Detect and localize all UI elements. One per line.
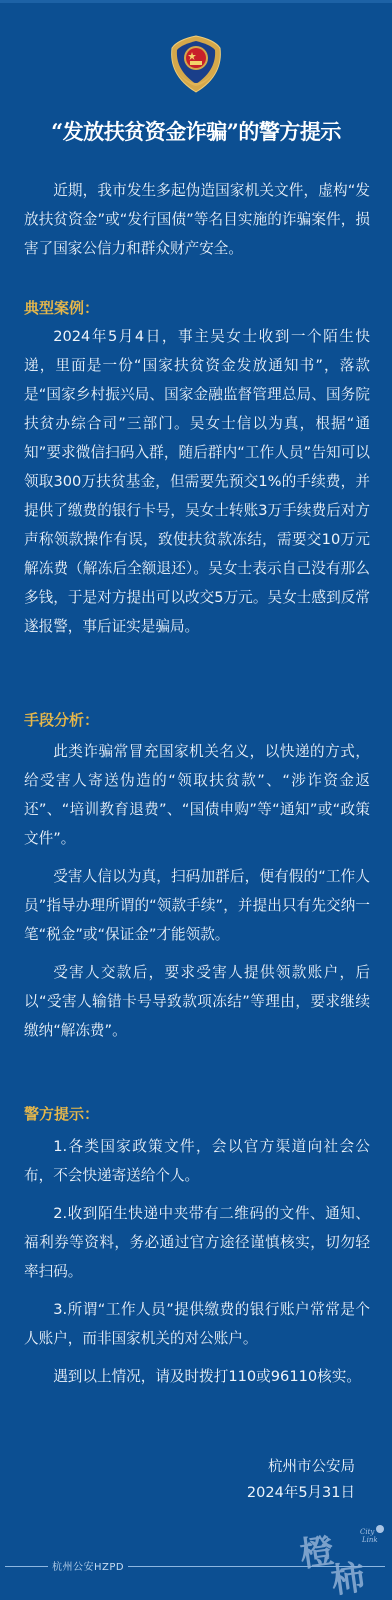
tip-item: 1.各类国家政策文件，会以官方渠道向社会公布，不会快递寄送给个人。	[24, 1132, 370, 1190]
citylink-watermark-icon: 橙 柿 City Link	[292, 1512, 388, 1598]
analysis-paragraph: 受害人交款后，要求受害人提供领款账户，后以“受害人输错卡号导致款项冻结”等理由，…	[24, 958, 370, 1045]
footer-label: 杭州公安HZPD	[48, 1558, 128, 1573]
top-border	[0, 0, 392, 3]
analysis-heading: 手段分析：	[24, 709, 99, 730]
intro-section: 近期，我市发生多起伪造国家机关文件，虚构“发放扶贫资金”或“发行国债”等名目实施…	[24, 176, 370, 263]
signature-org: 杭州市公安局	[268, 1455, 355, 1476]
case-heading: 典型案例：	[24, 297, 99, 318]
police-badge-icon	[166, 34, 226, 94]
tip-item: 3.所谓“工作人员”提供缴费的银行账户常常是个人账户，而非国家机关的对公账户。	[24, 1295, 370, 1353]
case-section: 2024年5月4日，事主吴女士收到一个陌生快递，里面是一份“国家扶贫资金发放通知…	[24, 322, 370, 641]
page-title: “发放扶贫资金诈骗”的警方提示	[0, 116, 392, 146]
analysis-section: 此类诈骗常冒充国家机关名义，以快递的方式，给受害人寄送伪造的“领取扶贫款”、“涉…	[24, 737, 370, 1045]
tip-hotline: 遇到以上情况，请及时拨打110或96110核实。	[24, 1362, 370, 1391]
svg-text:Link: Link	[361, 1536, 378, 1544]
signature-date: 2024年5月31日	[247, 1481, 355, 1502]
notice-page: “发放扶贫资金诈骗”的警方提示 近期，我市发生多起伪造国家机关文件，虚构“发放扶…	[0, 0, 392, 1600]
tips-heading: 警方提示：	[24, 1103, 99, 1124]
tip-item: 2.收到陌生快递中夹带有二维码的文件、通知、福利券等资料，务必通过官方途径谨慎核…	[24, 1199, 370, 1286]
svg-text:City: City	[360, 1528, 375, 1536]
analysis-paragraph: 此类诈骗常冒充国家机关名义，以快递的方式，给受害人寄送伪造的“领取扶贫款”、“涉…	[24, 737, 370, 853]
svg-text:柿: 柿	[328, 1557, 367, 1598]
case-paragraph: 2024年5月4日，事主吴女士收到一个陌生快递，里面是一份“国家扶贫资金发放通知…	[24, 322, 370, 641]
tips-section: 1.各类国家政策文件，会以官方渠道向社会公布，不会快递寄送给个人。 2.收到陌生…	[24, 1132, 370, 1391]
analysis-paragraph: 受害人信以为真，扫码加群后，便有假的“工作人员”指导办理所谓的“领款手续”，并提…	[24, 862, 370, 949]
intro-paragraph: 近期，我市发生多起伪造国家机关文件，虚构“发放扶贫资金”或“发行国债”等名目实施…	[24, 176, 370, 263]
